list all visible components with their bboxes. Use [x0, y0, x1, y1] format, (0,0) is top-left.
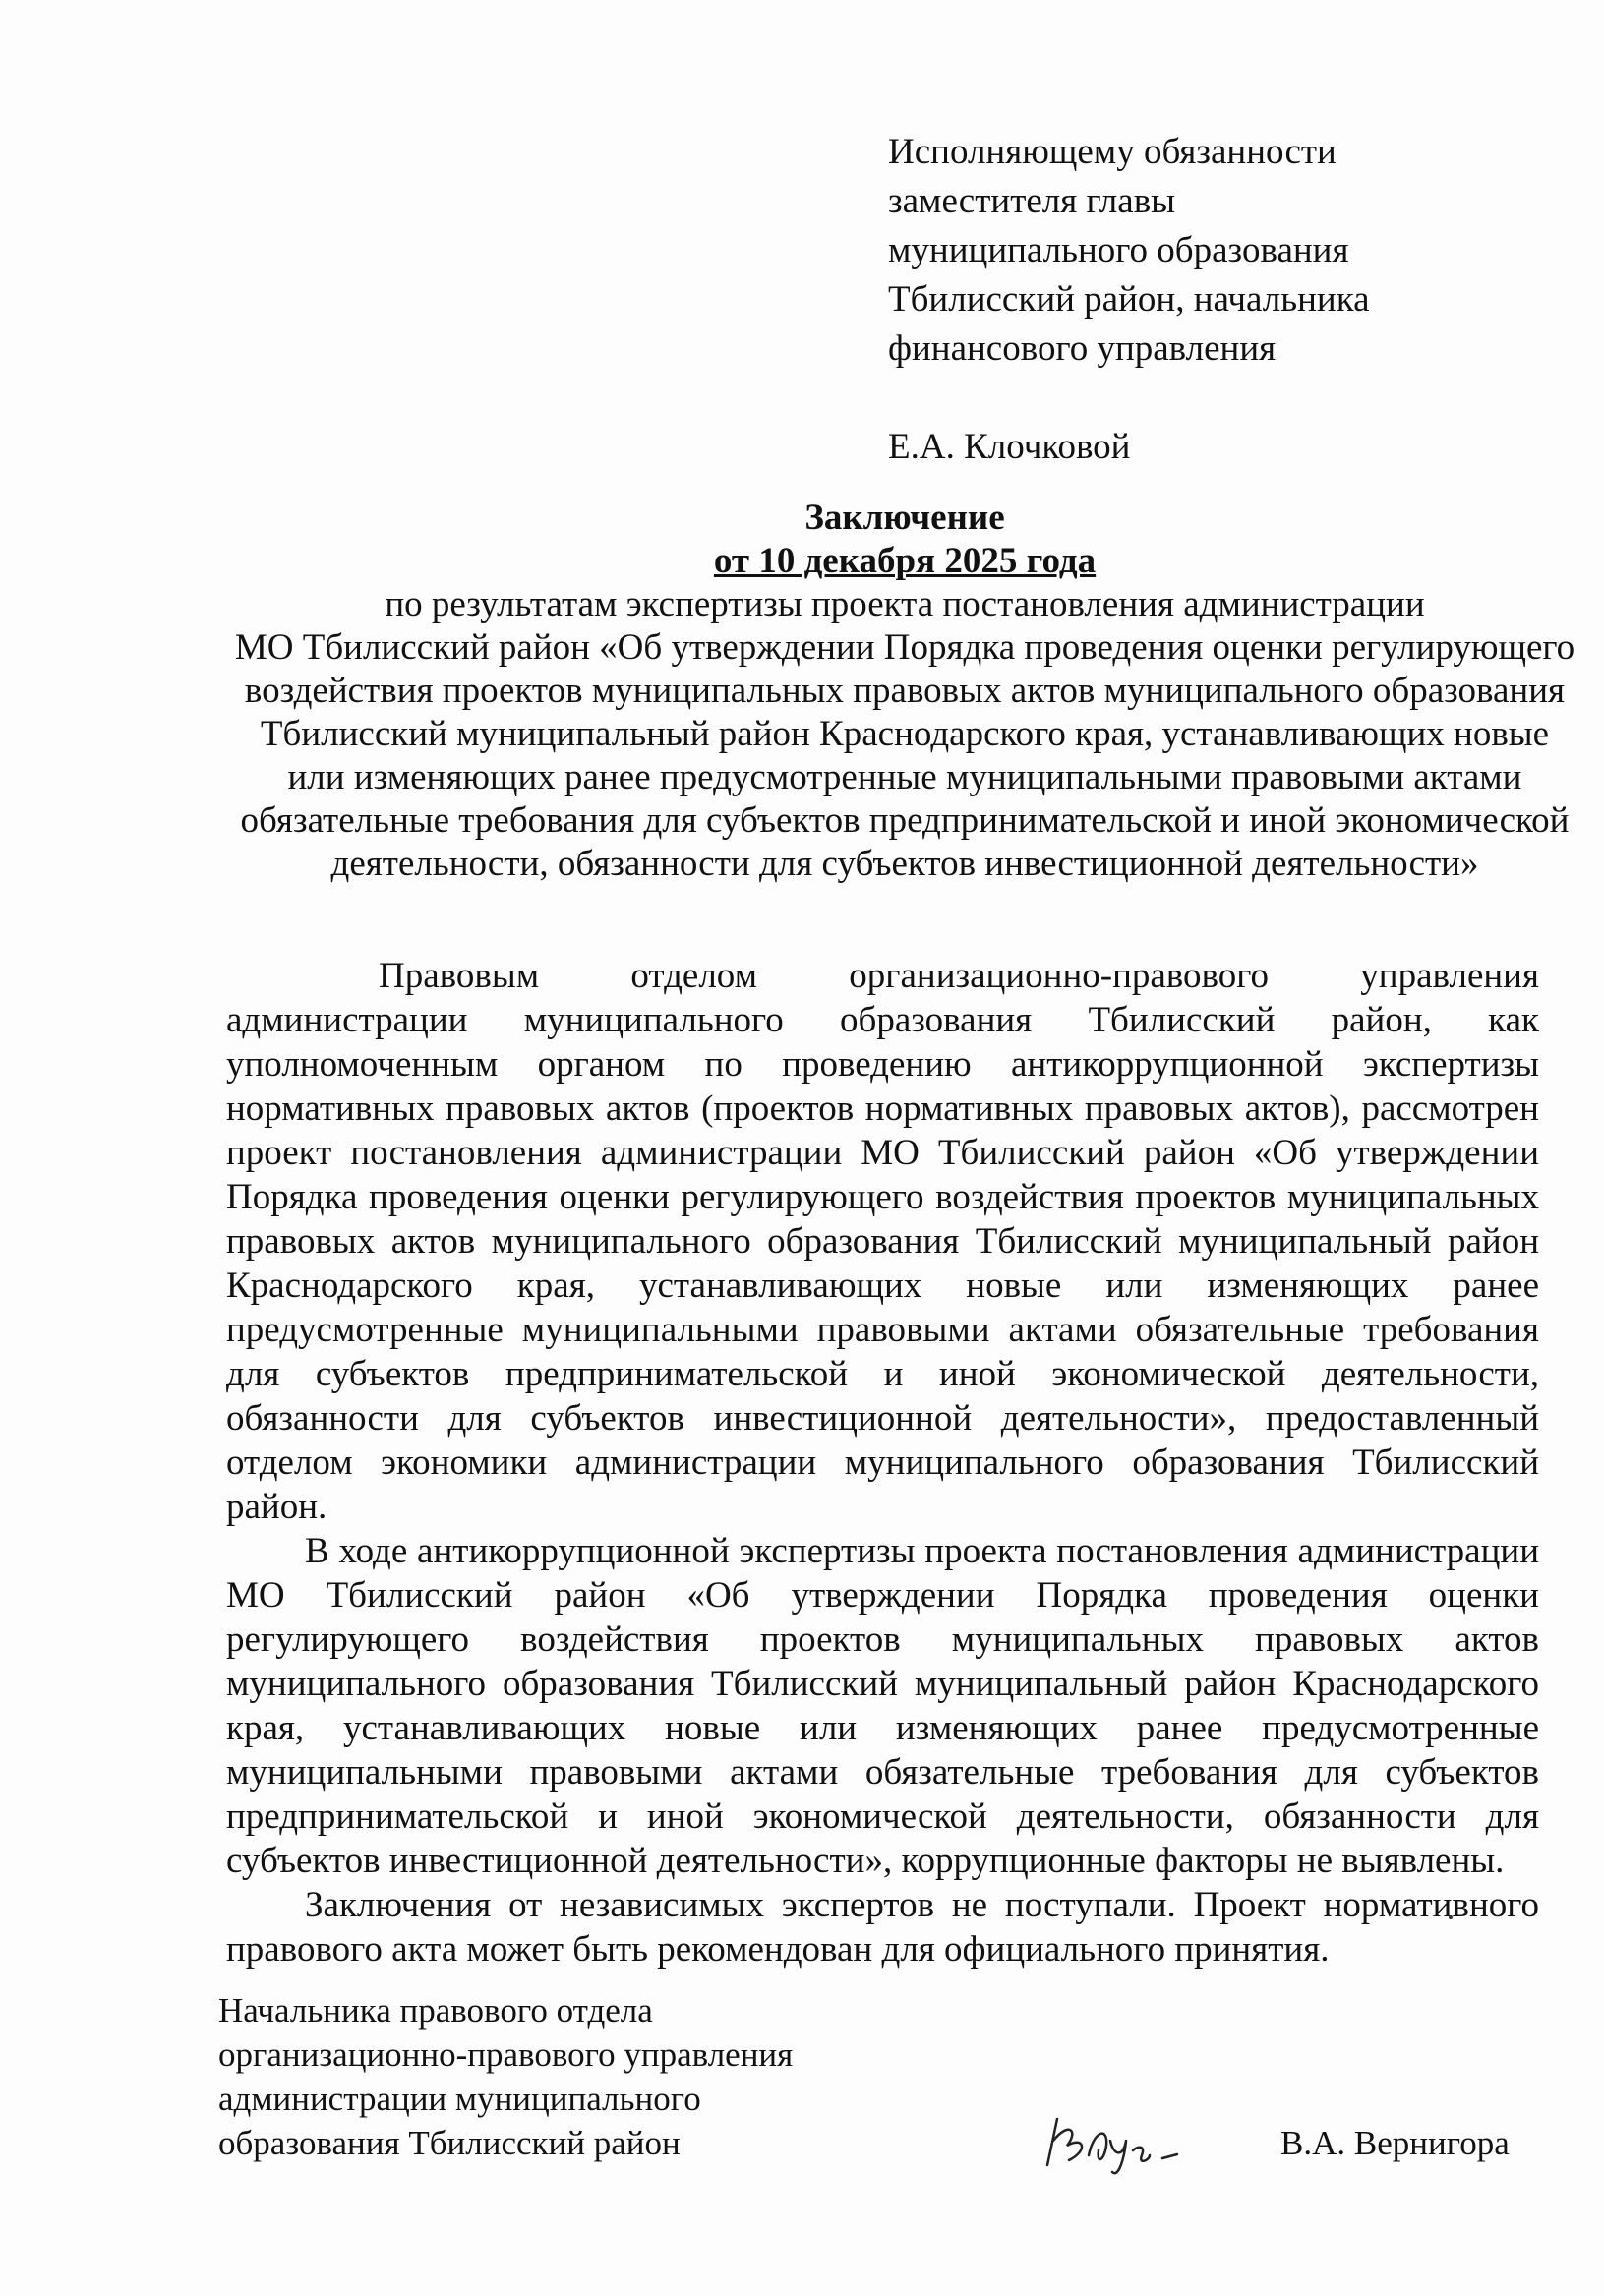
document-date: от 10 декабря 2025 года — [226, 540, 1583, 583]
position-line: организационно-правового управления — [218, 2032, 1595, 2077]
subtitle-line: деятельности, обязанности для субъектов … — [226, 843, 1583, 886]
signature-block: Начальника правового отдела организацион… — [218, 1988, 1595, 2165]
document-body: Правовым отделом организационно-правовог… — [226, 954, 1539, 1972]
subtitle-line: воздействия проектов муниципальных право… — [226, 670, 1583, 713]
document-title-block: Заключение от 10 декабря 2025 года по ре… — [226, 497, 1583, 886]
body-paragraph: Заключения от независимых экспертов не п… — [226, 1883, 1539, 1972]
addressee-line: заместителя главы — [888, 177, 1439, 226]
signer-name: В.А. Вернигора — [1280, 2121, 1510, 2165]
position-line: администрации муниципального — [218, 2077, 1595, 2121]
position-line: Начальника правового отдела — [218, 1988, 1595, 2032]
subtitle-line: Тбилисский муниципальный район Краснодар… — [226, 713, 1583, 756]
document-heading: Заключение — [226, 497, 1583, 540]
addressee-line: Исполняющему обязанности — [888, 128, 1439, 177]
addressee-line: муниципального образования — [888, 226, 1439, 275]
handwritten-signature-icon — [1040, 2111, 1197, 2180]
addressee-name: Е.А. Клочковой — [888, 423, 1439, 472]
addressee-line: Тбилисский район, начальника — [888, 275, 1439, 324]
subtitle-line: обязательные требования для субъектов пр… — [226, 799, 1583, 843]
addressee-block: Исполняющему обязанности заместителя гла… — [888, 128, 1439, 472]
subtitle-line: МО Тбилисский район «Об утверждении Поря… — [226, 626, 1583, 670]
subtitle-line: по результатам экспертизы проекта постан… — [226, 583, 1583, 626]
addressee-line: финансового управления — [888, 324, 1439, 374]
body-paragraph: В ходе антикоррупционной экспертизы прое… — [226, 1529, 1539, 1883]
scan-speck — [1449, 1915, 1453, 1919]
body-paragraph: Правовым отделом организационно-правовог… — [226, 954, 1539, 1529]
subtitle-line: или изменяющих ранее предусмотренные мун… — [226, 756, 1583, 799]
